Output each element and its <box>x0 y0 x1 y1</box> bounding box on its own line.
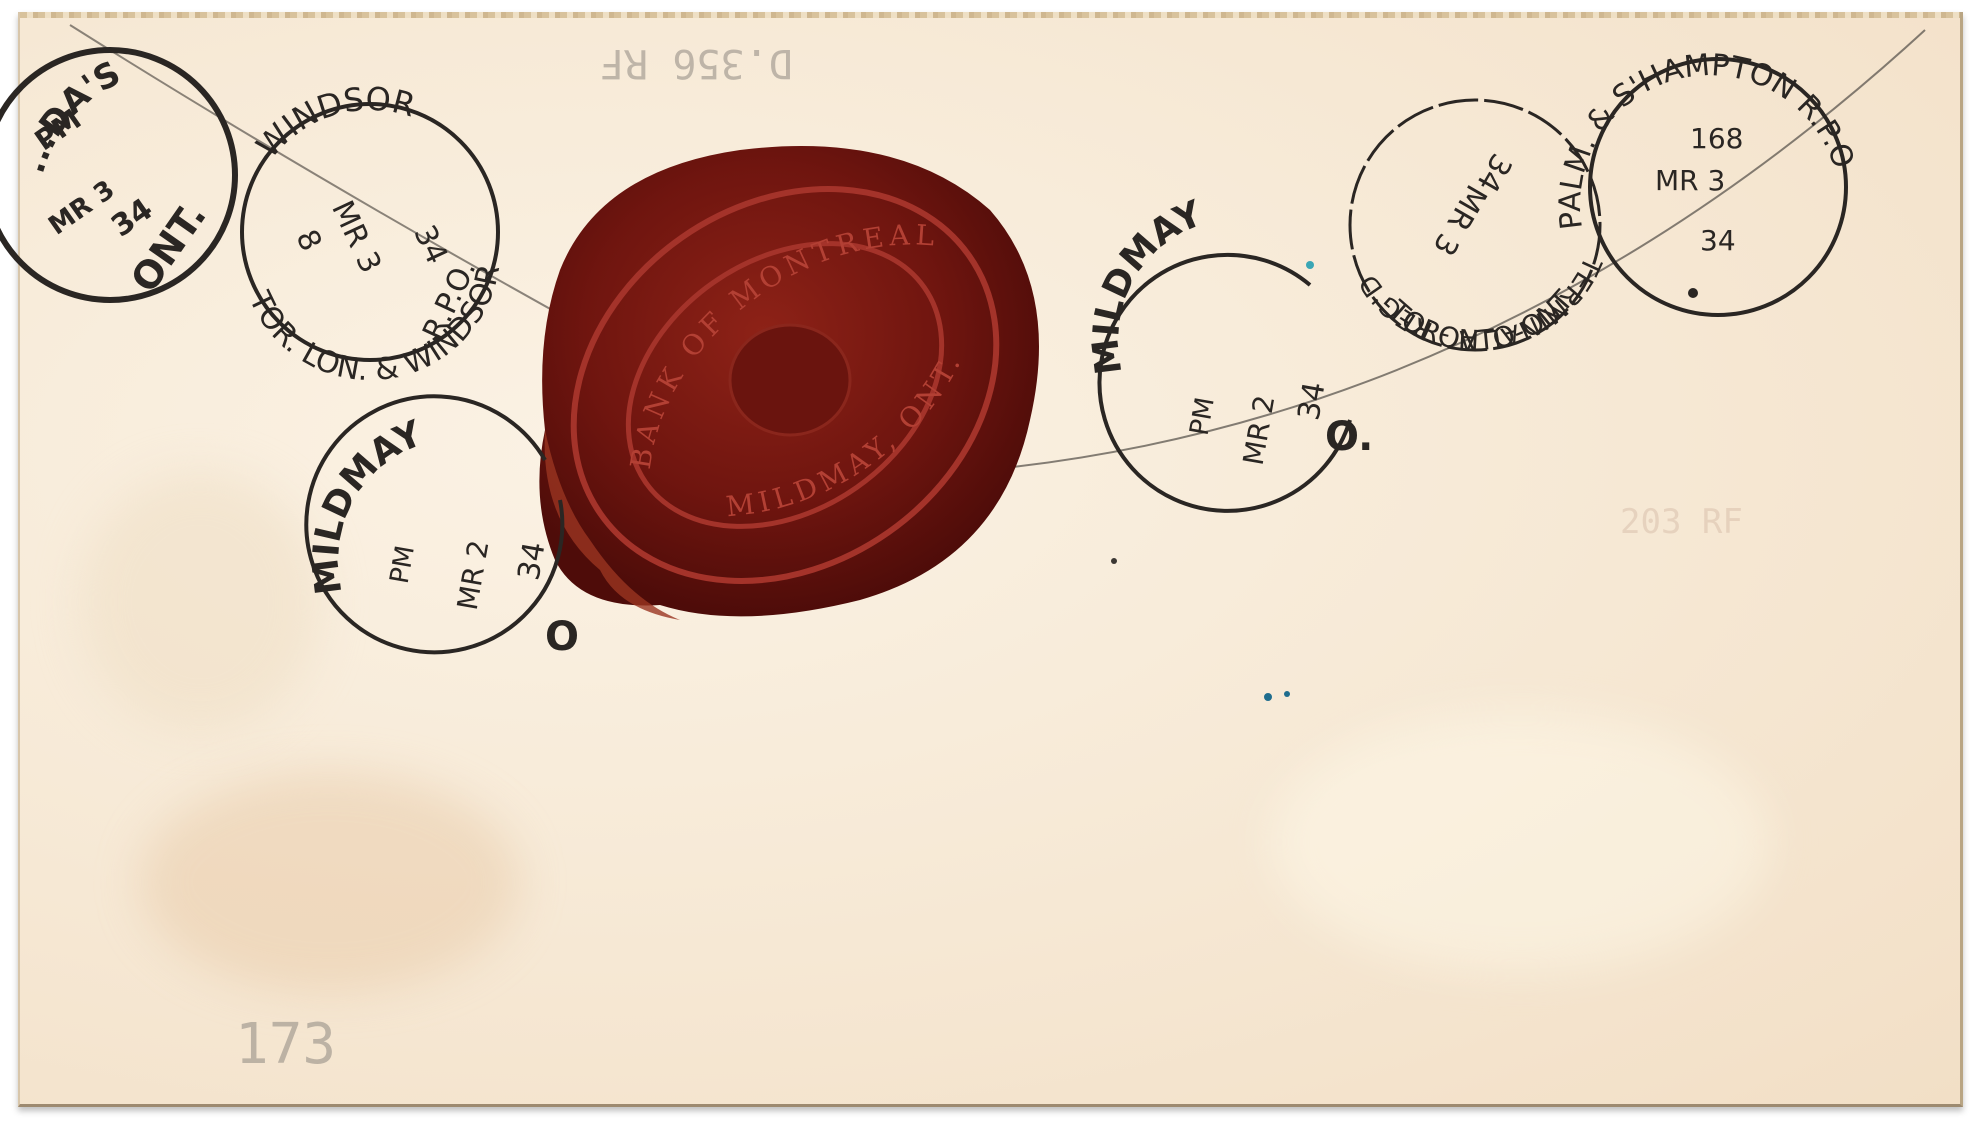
svg-text:WINDSOR: WINDSOR <box>249 80 420 166</box>
postmark-mildmay-2: MILDMAY PM MR 2 34 O. <box>1085 193 1373 511</box>
ink-speck <box>1284 691 1290 697</box>
svg-text:MR 2: MR 2 <box>1237 393 1282 468</box>
ink-speck <box>1264 693 1272 701</box>
ink-speck <box>1306 261 1314 269</box>
svg-text:MR 3: MR 3 <box>1655 164 1725 197</box>
svg-text:PM: PM <box>1185 395 1221 438</box>
svg-text:PM: PM <box>385 543 421 586</box>
svg-text:34: 34 <box>406 220 454 269</box>
svg-text:TORONTO-ONT: TORONTO-ONT <box>1381 283 1580 357</box>
svg-text:8: 8 <box>289 225 329 257</box>
wax-seal-bank-of-montreal: BANK OF MONTREAL MILDMAY, ONT. <box>497 108 1072 661</box>
ink-speck <box>1111 558 1117 564</box>
svg-text:MR 3: MR 3 <box>1425 179 1493 262</box>
svg-text:MR 3: MR 3 <box>43 175 120 241</box>
svg-text:O.: O. <box>1325 414 1373 460</box>
svg-text:168: 168 <box>1690 122 1743 155</box>
svg-text:MR 2: MR 2 <box>451 538 496 613</box>
svg-text:MR 3: MR 3 <box>324 195 388 278</box>
postmark-ont: ...DA'S PM MR 3 34 ONT. <box>0 50 235 300</box>
envelope-details: ...DA'S PM MR 3 34 ONT. WINDSOR TOR. LON… <box>0 0 1978 1124</box>
postmark-mildmay-1: MILDMAY PM MR 2 34 O <box>305 396 579 660</box>
svg-text:34: 34 <box>512 539 553 583</box>
postmark-windsor-rpo: WINDSOR TOR. LON. & WINDSOR MR 3 34 8 R.… <box>241 80 507 389</box>
svg-text:34: 34 <box>1700 224 1736 257</box>
svg-text:O: O <box>545 614 579 660</box>
